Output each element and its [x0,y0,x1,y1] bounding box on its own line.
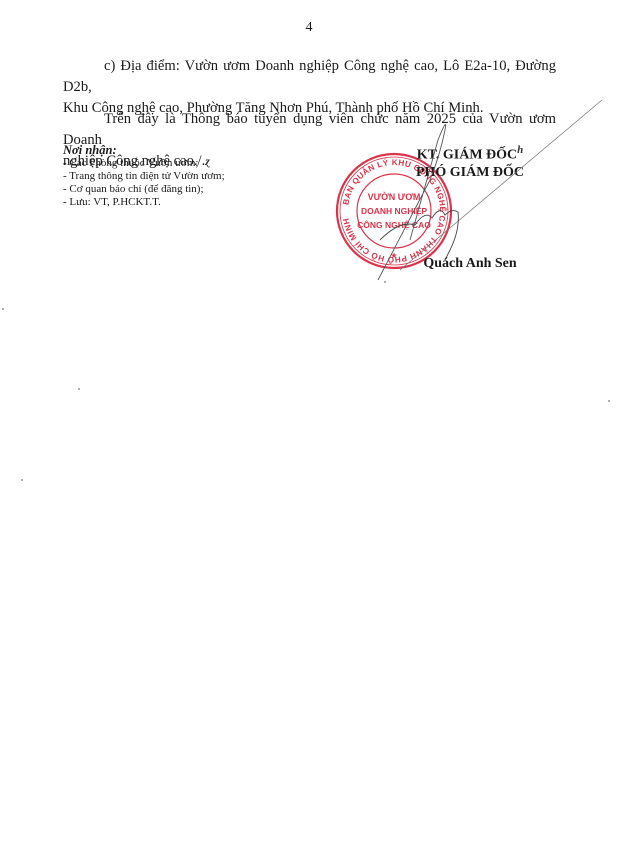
recipient-item: - Trang thông tin điện tử Vườn ươm; [63,170,225,183]
recipient-item: - Cơ quan báo chí (để đăng tin); [63,183,225,196]
scan-speck [2,308,4,310]
recipient-item: - Các Phòng thuộc Vườn ươm; [63,157,225,170]
scan-speck [21,479,23,481]
recipients-list: - Các Phòng thuộc Vườn ươm; - Trang thôn… [63,157,225,209]
scan-speck [78,388,80,390]
scan-speck [384,281,386,283]
paragraph-location-line1: c) Địa điểm: Vườn ươm Doanh nghiệp Công … [63,58,556,95]
scan-speck [608,400,610,402]
recipients-title: Nơi nhận: [63,143,117,158]
signer-name: Quách Anh Sen [400,256,540,272]
recipient-item: - Lưu: VT, P.HCKT.T. [63,196,225,209]
page-number: 4 [0,20,618,36]
